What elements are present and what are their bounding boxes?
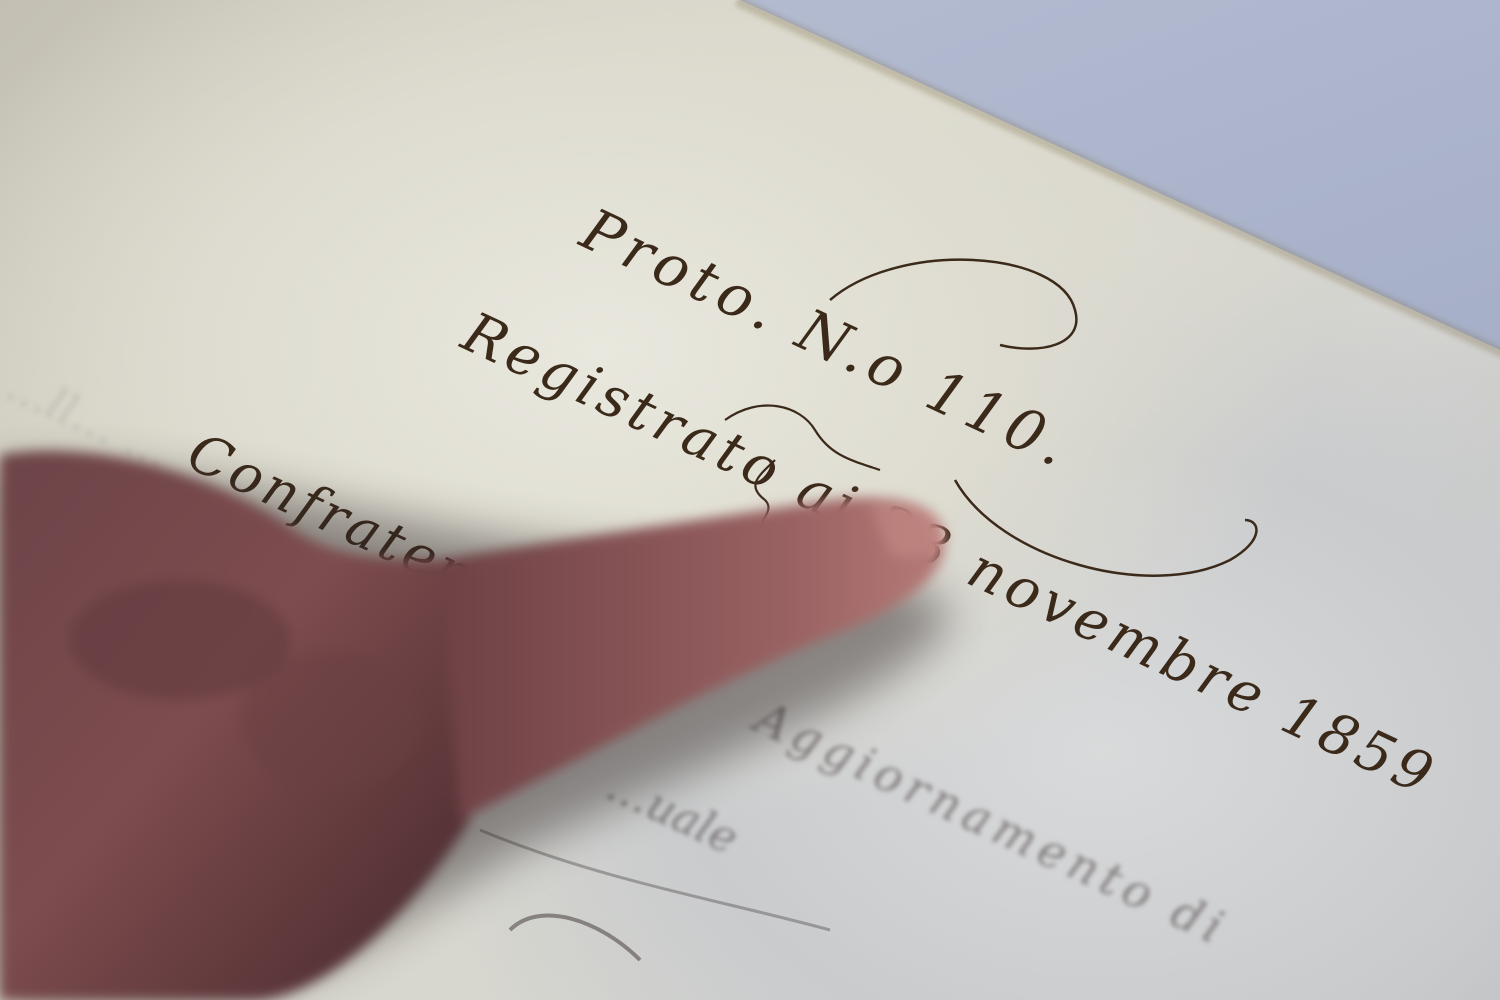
photo-scene: …ll… … Proto. N.o 110. Registrato ai 23 …	[0, 0, 1500, 1000]
pointing-hand	[0, 0, 1500, 1000]
